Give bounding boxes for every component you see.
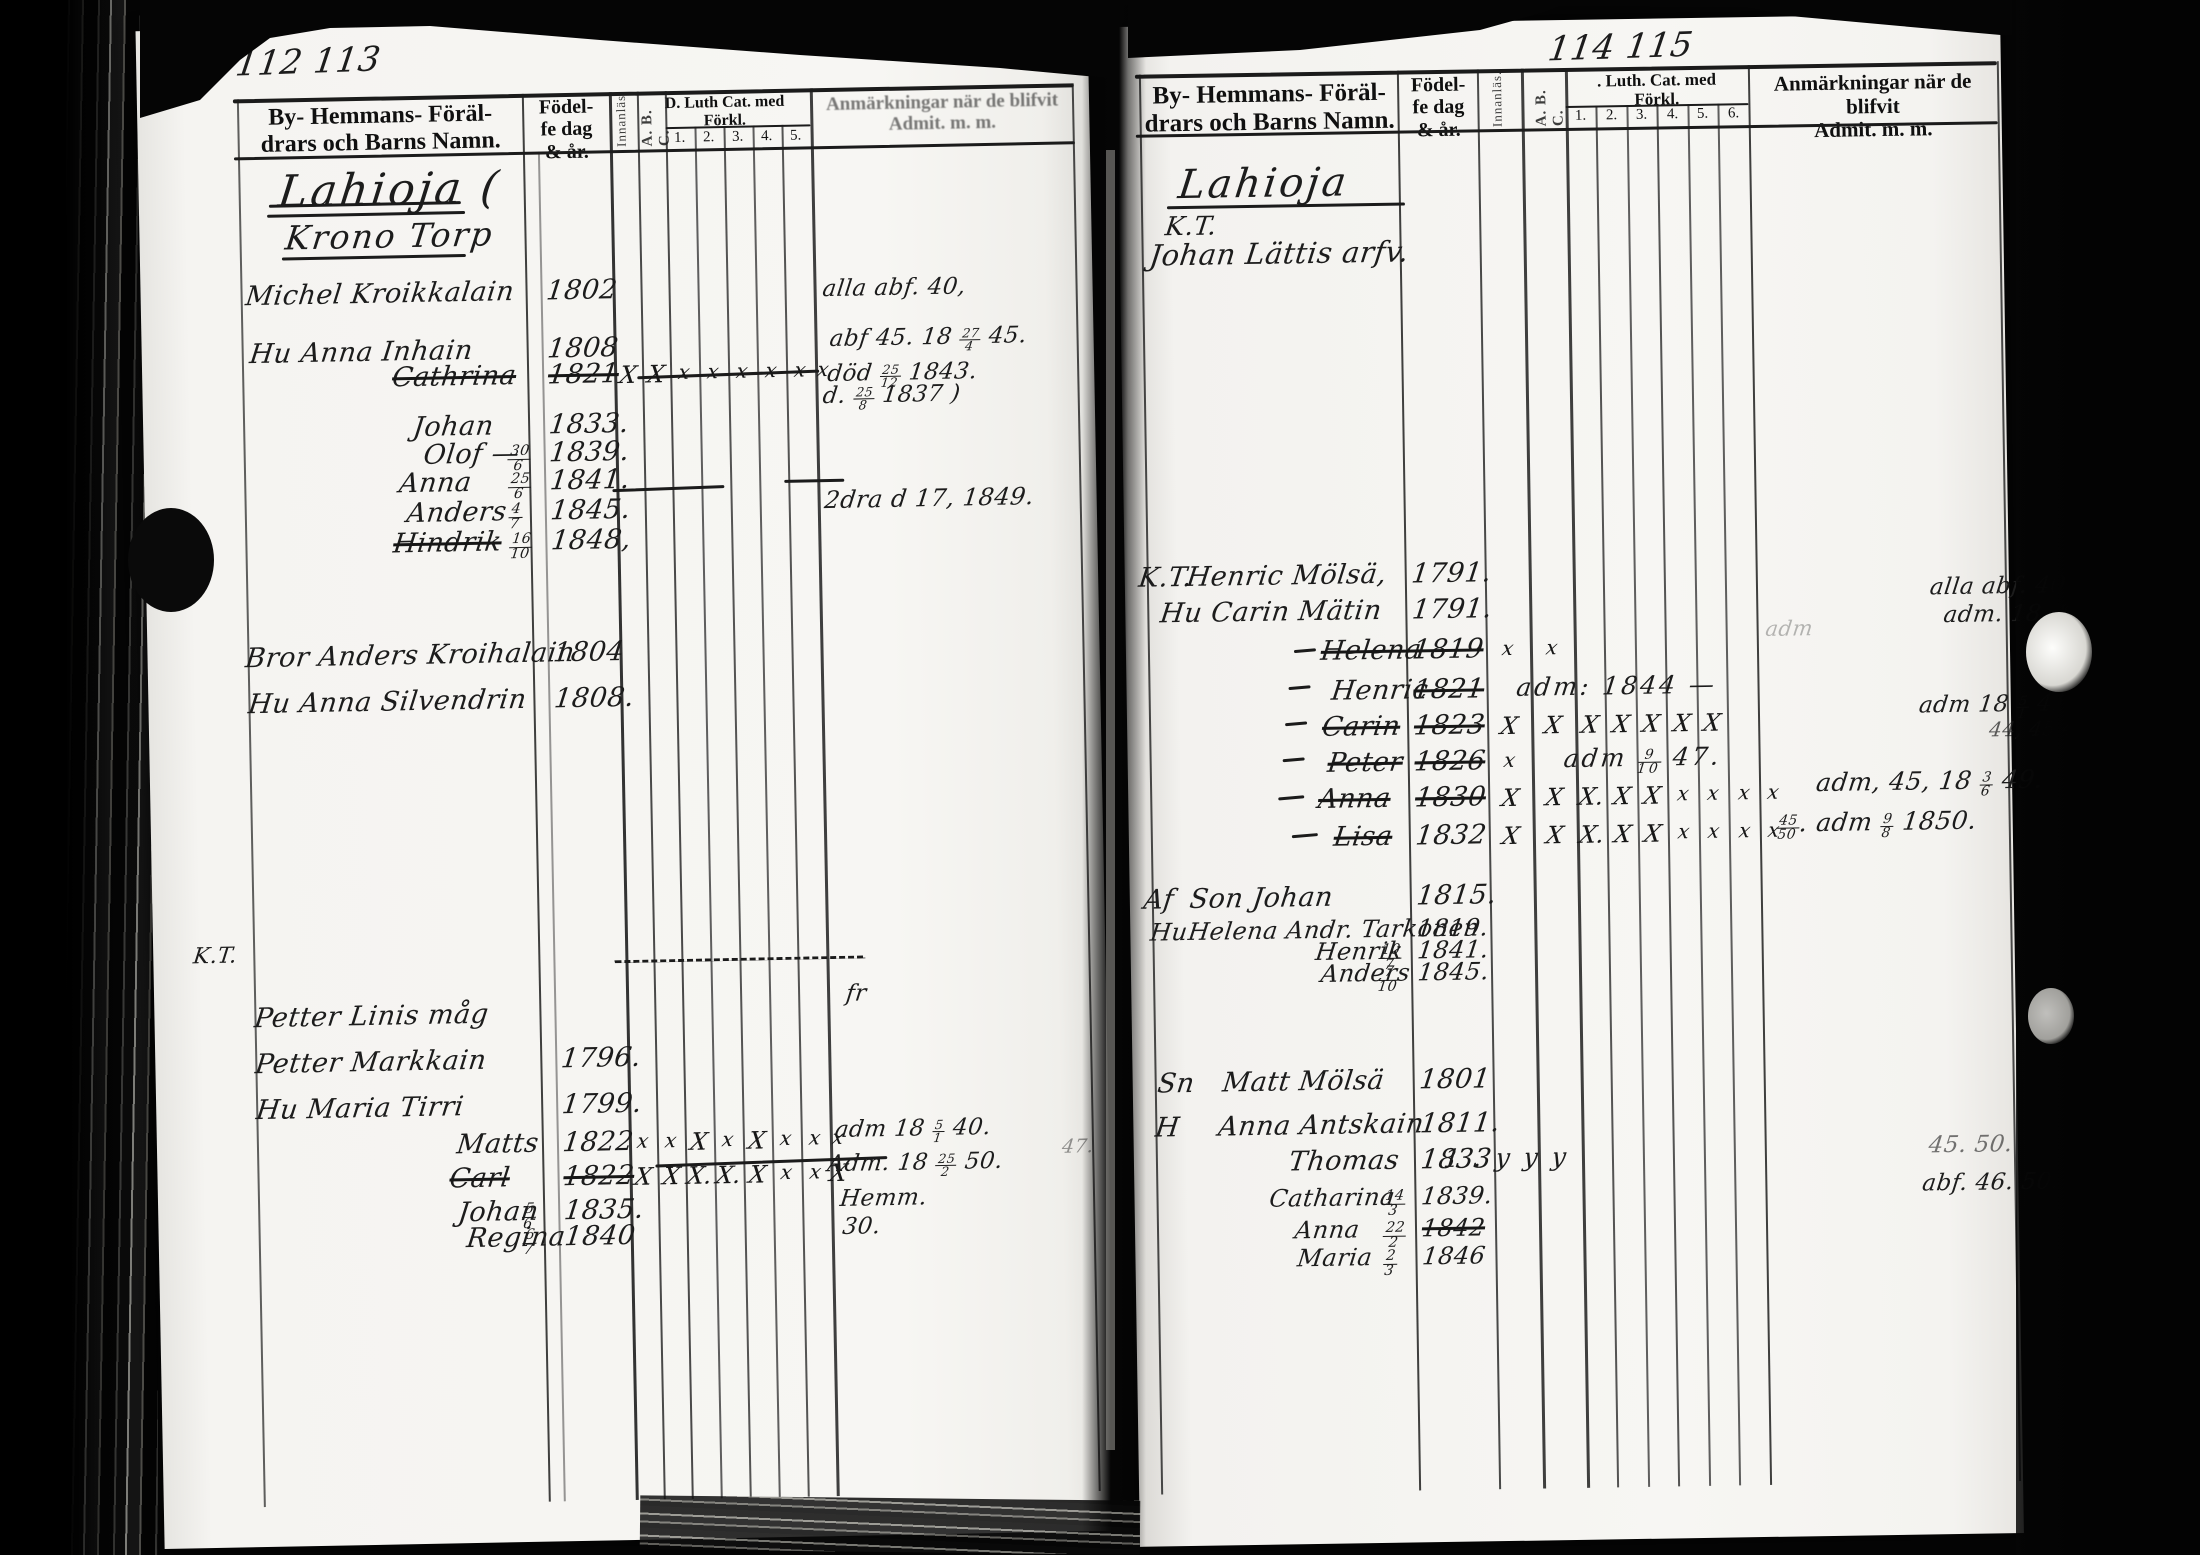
table-row-name: Anna Antskain [1216, 1108, 1425, 1142]
birth-header-line1: Födel- [1411, 74, 1466, 97]
annotation-note: 30. [841, 1213, 882, 1240]
luthcat-header-line1: . Luth. Cat. med [1597, 70, 1716, 91]
table-row-name: Carin [1320, 711, 1402, 743]
page-number-right: 114 115 [1545, 25, 1695, 70]
annotation-note: 45. 50. [1927, 1131, 2014, 1158]
catechism-mark: x [1737, 818, 1752, 842]
table-row-name: Anders [405, 496, 509, 529]
birth-year: 1819 [1411, 633, 1486, 665]
left-page: 112 113 By- Hemmans- Föräl- drars och Ba… [136, 13, 1117, 1549]
table-row-name: Petter Linis måg [253, 999, 491, 1035]
catechism-mark: x [1676, 781, 1691, 805]
annotation-note: adm [1764, 616, 1814, 641]
catechism-mark: X [1544, 821, 1566, 849]
birth-year: 1821 [546, 358, 620, 390]
birth-day-fraction: 143 [1381, 1185, 1408, 1219]
birth-year: 1801 [1418, 1063, 1493, 1095]
column-header-remarks: Anmärkningar när de blifvit Admit. m. m. [813, 89, 1072, 136]
catechism-mark: X. [1577, 820, 1606, 848]
annotation-note: 4550. adm 98 1850. [1775, 806, 1979, 842]
catechism-subcolumn-number: 4. [1667, 106, 1679, 123]
bottom-page-stack [640, 1495, 1141, 1554]
catechism-mark: X [1642, 820, 1664, 848]
grid-line [781, 125, 809, 1497]
table-row-name: Peter [1326, 747, 1405, 779]
grid-line [1477, 69, 1501, 1489]
birth-year: 1839. [1420, 1181, 1495, 1210]
table-row-name: Henric Mölsä, [1185, 559, 1389, 593]
catechism-subcolumn-number: 4. [761, 128, 773, 145]
table-row-name: Petter Markkain [253, 1045, 488, 1081]
book-edge-left-shade [0, 0, 120, 1555]
catechism-mark: x [807, 1125, 822, 1149]
birth-year: 1846 [1421, 1241, 1488, 1270]
catechism-subcolumn-number: 3. [1636, 107, 1648, 124]
table-row-name: Anna [1293, 1215, 1361, 1244]
names-header-line1: By- Hemmans- Föräl- [268, 100, 492, 130]
annotation-note: abf 45. 18 274 45. [828, 322, 1029, 355]
catechism-subcolumn-number: 2. [1606, 107, 1618, 124]
annotation-note: d. 258 1837 ) [821, 380, 962, 412]
birth-year: 1791. [1410, 593, 1494, 625]
table-row-name: Hindrik [392, 526, 504, 559]
catechism-mark: X [1579, 711, 1601, 739]
catechism-mark: x [1502, 748, 1517, 772]
catechism-mark: x [793, 357, 808, 381]
column-header-names: By- Hemmans- Föräl- drars och Barns Namn… [239, 100, 522, 159]
table-row-name: Helena [1319, 634, 1423, 667]
right-page: 114 115 By- Hemmans- Föräl- drars och Ba… [1116, 13, 2024, 1547]
row-label: Sn [1156, 1068, 1197, 1100]
catechism-mark: X [1500, 822, 1522, 850]
birth-year: 1822 [562, 1160, 636, 1192]
luthcat-header-line1: D. Luth Cat. med [665, 93, 785, 112]
catechism-mark: x [779, 1160, 794, 1184]
ink-stroke [1283, 757, 1305, 761]
annotation-note: adm, 45, 18 36 49. [1814, 765, 2045, 802]
catechism-mark: X [1499, 784, 1521, 812]
column-header-remarks: Anmärkningar när de blifvit Admit. m. m. [1750, 69, 1996, 143]
catechism-mark: x [1706, 781, 1721, 805]
catechism-mark: X [633, 1163, 654, 1191]
grid-line [752, 125, 780, 1497]
catechism-mark: x [663, 1128, 678, 1152]
catechism-mark: X [1542, 711, 1564, 739]
birth-year: 1804 [552, 636, 626, 668]
catechism-subcolumn-number: 1. [674, 130, 686, 147]
row-label: H [1153, 1112, 1181, 1143]
grid-line [1397, 71, 1421, 1491]
catechism-mark: X. [714, 1161, 743, 1190]
ink-stroke [784, 479, 844, 483]
section-title: Lahioja ( [276, 162, 505, 217]
catechism-mark: X [1612, 820, 1634, 848]
catechism-mark: X. [1577, 782, 1606, 810]
birth-year: 1799. [560, 1088, 644, 1121]
annotation-note: alla abf. 40, [821, 273, 967, 302]
column-header-innanlas: Innanläs. [1489, 73, 1506, 127]
catechism-mark: X [747, 1160, 768, 1188]
remarks-header-line2: Admit. m. m. [889, 112, 997, 135]
table-row-name: Son Johan [1188, 882, 1335, 915]
birth-year: 1796. [559, 1042, 643, 1075]
birth-year: 1808. [553, 682, 637, 715]
catechism-mark: x [720, 1127, 735, 1151]
table-row-name: Matts [455, 1128, 541, 1161]
table-row-name: Catharina [1268, 1183, 1397, 1213]
birth-year: 1791. [1410, 557, 1494, 589]
birth-day-fraction: 23 [1381, 1245, 1399, 1279]
catechism-mark: x [1676, 819, 1691, 843]
column-header-abc: A. B. C. [1533, 72, 1568, 127]
remarks-header-line1: Anmärkningar när de blifvit [826, 90, 1058, 115]
birth-year: 1815. [1415, 879, 1499, 911]
birth-day-fraction: 1610 [507, 528, 534, 562]
catechism-mark: x [635, 1129, 650, 1153]
ink-stroke [1278, 795, 1304, 800]
birth-year: 1823 [1412, 709, 1487, 741]
catechism-mark: x [1544, 635, 1559, 659]
ink-stroke [1292, 833, 1318, 838]
table-row-name: Carl [448, 1162, 512, 1194]
catechism-subcolumn-number: 1. [1575, 108, 1587, 125]
ink-stroke [1294, 648, 1316, 652]
catechism-mark: x [1500, 636, 1515, 660]
birth-year: 1802 [545, 274, 619, 306]
grid-line [1521, 69, 1546, 1489]
grid-line [637, 92, 666, 1500]
birth-header-line1: Födel- [539, 96, 594, 119]
section-subtitle: Krono Torp [283, 214, 496, 257]
ink-stroke [1285, 721, 1307, 725]
table-row-name: Lisa [1332, 821, 1394, 853]
table-row-name: K.T. [192, 943, 239, 969]
section-title: Lahioja [1176, 159, 1352, 208]
table-row-name: Thomas [1287, 1145, 1401, 1178]
catechism-mark: X [746, 1126, 767, 1154]
ink-blob-left-edge [128, 508, 214, 612]
birth-day-fraction: 47 [507, 498, 525, 532]
catechism-mark: x [764, 358, 779, 382]
catechism-mark: X [1611, 782, 1633, 810]
scanned-book-document: { "header": { "names_l1": "By- Hemmans- … [0, 0, 2200, 1555]
catechism-mark: x [1706, 819, 1721, 843]
catechism-subcolumn-number: 5. [790, 128, 802, 145]
table-row-name: Bror Anders Kroihalain [244, 637, 577, 674]
names-header-line1: By- Hemmans- Föräl- [1152, 79, 1386, 110]
catechism-mark: X [1641, 782, 1663, 810]
grid-line [1748, 65, 1772, 1485]
catechism-mark: X [1610, 710, 1632, 738]
table-row-name: Regina [465, 1221, 567, 1254]
birth-year: 1845. [1416, 957, 1491, 986]
catechism-subcolumn-number: 5. [1697, 106, 1709, 123]
ink-stroke [1288, 685, 1310, 689]
birth-header-line2: fe dag [1412, 96, 1464, 119]
catechism-mark: x [735, 359, 750, 383]
birth-year: 1848, [549, 524, 633, 557]
annotation-note: Hemm. [838, 1184, 928, 1212]
birth-day-fraction: 710 [1377, 961, 1400, 995]
grid-line [723, 126, 751, 1498]
birth-header-line2: fe dag [540, 118, 592, 141]
catechism-mark: X. [685, 1161, 714, 1190]
catechism-mark: X [645, 360, 666, 388]
catechism-mark: x [808, 1159, 823, 1183]
birth-year: 1841. [548, 464, 632, 497]
catechism-mark: X [617, 361, 638, 389]
catechism-mark: X [1498, 712, 1520, 740]
grid-line [694, 127, 722, 1499]
table-row-name: Anna [397, 467, 473, 499]
inline-admission-note: adm: 1844 — [1515, 670, 1719, 702]
birth-year: 1842 [1420, 1213, 1487, 1242]
section-sublabel: Johan Lättis arfv. [1148, 234, 1411, 272]
column-header-names: By- Hemmans- Föräl- drars och Barns Namn… [1141, 79, 1398, 139]
table-row-name: Hu Carin Mätin [1158, 595, 1383, 630]
catechism-mark: x [778, 1126, 793, 1150]
birth-day-fraction: 256 [506, 468, 533, 502]
hole-blob-right-bottom [2028, 988, 2074, 1044]
scan-right-band [2016, 0, 2200, 1555]
catechism-mark: X [661, 1162, 682, 1190]
table-row-name: Matt Mölsä [1221, 1065, 1386, 1099]
grid-line [665, 91, 694, 1499]
inline-admission-note: 1 . y y y [1442, 1142, 1571, 1173]
column-header-innanlas: Innanläs. [613, 95, 630, 147]
birth-year: 1830 [1413, 781, 1488, 813]
catechism-mark: x [1737, 780, 1752, 804]
birth-year: 1826 [1413, 745, 1488, 777]
birth-year: 1845. [549, 494, 633, 527]
birth-year: 1811. [1418, 1107, 1502, 1139]
row-label: Af [1142, 884, 1176, 916]
table-row-name: Hu Anna Silvendrin [247, 684, 529, 720]
catechism-mark: X [688, 1127, 709, 1155]
remarks-header-line2: Admit. m. m. [1814, 116, 1933, 142]
catechism-subcolumn-number: 2. [703, 129, 715, 146]
catechism-mark: X [1671, 709, 1693, 737]
gutter-page-sliver [1106, 150, 1115, 1450]
catechism-mark: x [706, 359, 721, 383]
table-row-name: Michel Kroikkalain [244, 276, 516, 312]
annotation-note: 2dra d 17, 1849. [823, 482, 1036, 514]
annotation-note: fr [845, 980, 869, 1006]
catechism-mark: X [1543, 783, 1565, 811]
row-label: Hu [1149, 918, 1190, 947]
table-row-name: Cathrina [390, 360, 518, 393]
birth-year: 1840 [563, 1220, 637, 1252]
catechism-mark: x [677, 360, 692, 384]
birth-year: 1832 [1414, 819, 1489, 851]
catechism-subcolumn-number: 3. [732, 129, 744, 146]
annotation-note: Adm. 18 252 50. [826, 1148, 1005, 1180]
table-row-name: Anna [1316, 783, 1392, 815]
annotation-note: adm 18 51 40. [833, 1114, 993, 1146]
catechism-mark: X [1640, 710, 1662, 738]
catechism-mark: x [1766, 780, 1781, 804]
remarks-header-line1: Anmärkningar när de blifvit [1774, 69, 1972, 118]
catechism-mark: X [1701, 709, 1723, 737]
inline-admission-note: adm 910 47. [1562, 742, 1724, 778]
table-row-name: Maria [1296, 1243, 1374, 1272]
birth-year: 1822 [561, 1126, 635, 1158]
hole-blob-right-top [2026, 612, 2092, 692]
table-row-name: Hu Maria Tirri [254, 1091, 465, 1126]
birth-year: 1821 [1412, 673, 1487, 705]
catechism-subcolumn-number: 6. [1728, 105, 1740, 122]
grid-line [1565, 68, 1590, 1488]
